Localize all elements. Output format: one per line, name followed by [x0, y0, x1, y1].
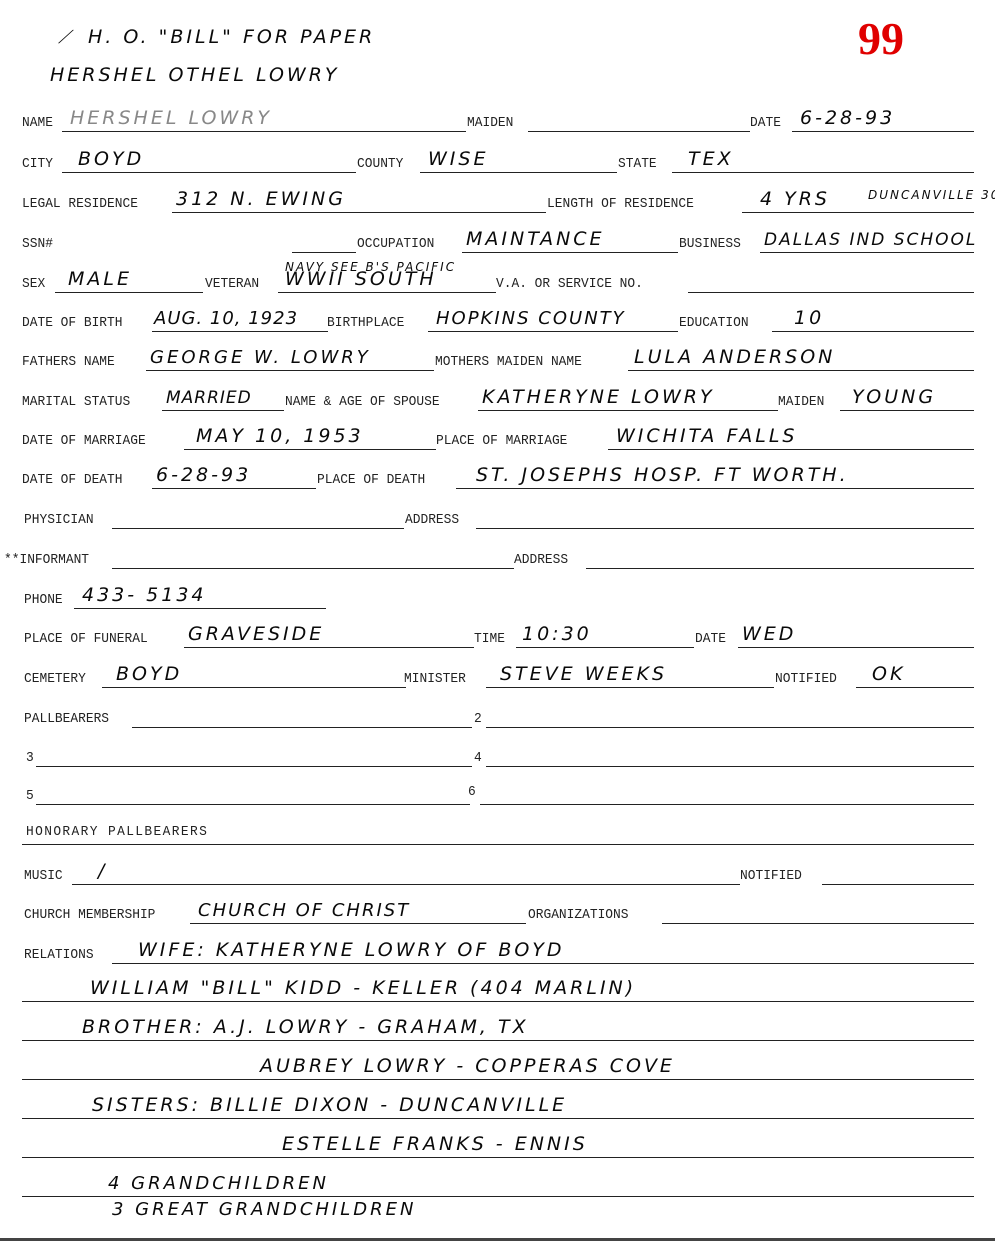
spouse-field[interactable]: KATHERYNE LOWRY	[482, 386, 715, 408]
county-field[interactable]: WISE	[428, 148, 488, 170]
fathers-name-field[interactable]: GEORGE W. LOWRY	[150, 347, 371, 368]
pallbearers-row-1: PALLBEARERS 2	[0, 701, 995, 731]
relations-line-8[interactable]: 3 GREAT GRANDCHILDREN	[112, 1199, 416, 1220]
physician-address-field[interactable]	[476, 528, 974, 529]
funeral-date-label: DATE	[695, 631, 726, 647]
pallbearer-6-field[interactable]	[480, 804, 974, 805]
physician-label: PHYSICIAN	[24, 512, 94, 528]
date-of-marriage-label: DATE OF MARRIAGE	[22, 433, 146, 449]
place-of-funeral-field[interactable]: GRAVESIDE	[188, 623, 324, 645]
length-of-residence-field[interactable]: 4 YRS	[760, 188, 830, 210]
honorary-pallbearers-row: HONORARY PALLBEARERS	[0, 818, 995, 848]
city-field[interactable]: BOYD	[78, 148, 144, 170]
birthplace-field[interactable]: HOPKINS COUNTY	[436, 308, 626, 329]
marital-row: MARITAL STATUS MARRIED NAME & AGE OF SPO…	[0, 384, 995, 414]
sex-label: SEX	[22, 276, 45, 292]
music-label: MUSIC	[24, 868, 63, 884]
relations-row-8: 3 GREAT GRANDCHILDREN	[0, 1196, 995, 1226]
veteran-label: VETERAN	[205, 276, 259, 292]
music-notified-field[interactable]	[822, 884, 974, 885]
date-line	[792, 131, 974, 132]
physician-address-label: ADDRESS	[405, 512, 459, 528]
checkmark-icon: ⟋	[58, 27, 74, 48]
pallbearers-row-2: 3 4	[0, 740, 995, 770]
funeral-row: PLACE OF FUNERAL GRAVESIDE TIME 10:30 DA…	[0, 621, 995, 651]
minister-field[interactable]: STEVE WEEKS	[500, 663, 667, 685]
funeral-information-form: 99 ⟋ H. O. "BILL" FOR PAPER HERSHEL OTHE…	[0, 0, 995, 1241]
physician-row: PHYSICIAN ADDRESS	[0, 502, 995, 532]
marriage-row: DATE OF MARRIAGE MAY 10, 1953 PLACE OF M…	[0, 423, 995, 453]
relations-line-6[interactable]: ESTELLE FRANKS - ENNIS	[282, 1133, 588, 1155]
state-field[interactable]: TEX	[688, 148, 734, 170]
pallbearer-2-label: 2	[474, 711, 482, 727]
relations-row-2: WILLIAM "BILL" KIDD - KELLER (404 MARLIN…	[0, 975, 995, 1005]
state-label: STATE	[618, 156, 657, 172]
notified-label: NOTIFIED	[775, 671, 837, 687]
church-membership-label: CHURCH MEMBERSHIP	[24, 907, 155, 923]
spouse-label: NAME & AGE OF SPOUSE	[285, 394, 440, 410]
pallbearer-6-label: 6	[468, 784, 476, 800]
relations-label: RELATIONS	[24, 947, 94, 963]
va-service-no-label: V.A. OR SERVICE NO.	[496, 276, 643, 292]
date-of-death-label: DATE OF DEATH	[22, 472, 122, 488]
length-of-residence-label: LENGTH OF RESIDENCE	[547, 196, 694, 212]
pallbearer-5-field[interactable]	[36, 804, 470, 805]
relations-row-5: SISTERS: BILLIE DIXON - DUNCANVILLE	[0, 1092, 995, 1122]
time-field[interactable]: 10:30	[522, 623, 592, 645]
marital-status-field[interactable]: MARRIED	[166, 388, 252, 408]
place-of-marriage-label: PLACE OF MARRIAGE	[436, 433, 567, 449]
death-row: DATE OF DEATH 6-28-93 PLACE OF DEATH ST.…	[0, 462, 995, 492]
legal-residence-field[interactable]: 312 N. EWING	[176, 188, 346, 210]
church-row: CHURCH MEMBERSHIP CHURCH OF CHRIST ORGAN…	[0, 897, 995, 927]
honorary-pallbearers-field[interactable]	[22, 844, 974, 845]
fathers-name-label: FATHERS NAME	[22, 354, 115, 370]
music-notified-label: NOTIFIED	[740, 868, 802, 884]
relations-line-1[interactable]: WIFE: KATHERYNE LOWRY OF BOYD	[138, 939, 565, 961]
music-row: MUSIC / NOTIFIED	[0, 858, 995, 888]
relations-line-4[interactable]: AUBREY LOWRY - COPPERAS COVE	[260, 1055, 675, 1077]
pallbearer-1-field[interactable]	[132, 727, 472, 728]
header-note-row-2: HERSHEL OTHEL LOWRY	[0, 60, 995, 90]
name-line	[62, 131, 466, 132]
minister-label: MINISTER	[404, 671, 466, 687]
cemetery-field[interactable]: BOYD	[116, 663, 182, 685]
ssn-row: SSN# OCCUPATION MAINTANCE BUSINESS DALLA…	[0, 226, 995, 256]
place-of-funeral-label: PLACE OF FUNERAL	[24, 631, 148, 647]
city-row: CITY BOYD COUNTY WISE STATE TEX	[0, 146, 995, 176]
organizations-field[interactable]	[662, 923, 974, 924]
church-membership-field[interactable]: CHURCH OF CHRIST	[198, 900, 410, 921]
mothers-maiden-name-field[interactable]: LULA ANDERSON	[634, 346, 835, 368]
birthplace-label: BIRTHPLACE	[327, 315, 404, 331]
business-field[interactable]: DALLAS IND SCHOOL	[764, 230, 977, 250]
education-label: EDUCATION	[679, 315, 749, 331]
sex-veteran-row: NAVY SEE B'S PACIFIC SEX MALE VETERAN WW…	[0, 266, 995, 296]
maiden-field[interactable]	[528, 131, 750, 132]
funeral-date-field[interactable]: WED	[742, 623, 796, 645]
header-note-1: H. O. "BILL" FOR PAPER	[88, 26, 375, 48]
cemetery-row: CEMETERY BOYD MINISTER STEVE WEEKS NOTIF…	[0, 661, 995, 691]
name-row: NAME HERSHEL LOWRY MAIDEN DATE 6-28-93	[0, 105, 995, 135]
parents-row: FATHERS NAME GEORGE W. LOWRY MOTHERS MAI…	[0, 344, 995, 374]
phone-label: PHONE	[24, 592, 63, 608]
date-of-death-field[interactable]: 6-28-93	[156, 464, 251, 486]
header-note-row-1: ⟋ H. O. "BILL" FOR PAPER	[0, 22, 995, 52]
education-field[interactable]: 10	[794, 307, 824, 329]
music-field[interactable]: /	[98, 860, 107, 882]
relations-row-3: BROTHER: A.J. LOWRY - GRAHAM, TX	[0, 1014, 995, 1044]
date-of-marriage-field[interactable]: MAY 10, 1953	[196, 425, 364, 447]
name-label: NAME	[22, 115, 53, 131]
phone-field[interactable]: 433- 5134	[82, 584, 207, 606]
informant-field[interactable]	[112, 568, 514, 569]
pallbearer-5-label: 5	[26, 788, 34, 804]
name-field[interactable]: HERSHEL LOWRY	[70, 107, 272, 129]
birth-row: DATE OF BIRTH AUG. 10, 1923 BIRTHPLACE H…	[0, 305, 995, 335]
legal-residence-row: LEGAL RESIDENCE 312 N. EWING LENGTH OF R…	[0, 186, 995, 216]
maiden-label: MAIDEN	[467, 115, 513, 131]
phone-row: PHONE 433- 5134	[0, 582, 995, 612]
date-of-birth-field[interactable]: AUG. 10, 1923	[154, 308, 298, 329]
relations-row-1: RELATIONS WIFE: KATHERYNE LOWRY OF BOYD	[0, 937, 995, 967]
informant-label: **INFORMANT	[4, 552, 89, 568]
relations-row-4: AUBREY LOWRY - COPPERAS COVE	[0, 1053, 995, 1083]
organizations-label: ORGANIZATIONS	[528, 907, 628, 923]
honorary-pallbearers-label: HONORARY PALLBEARERS	[26, 824, 208, 840]
pallbearers-row-3: 5 6	[0, 778, 995, 808]
business-label: BUSINESS	[679, 236, 741, 252]
spouse-maiden-field[interactable]: YOUNG	[852, 386, 936, 408]
date-of-birth-label: DATE OF BIRTH	[22, 315, 122, 331]
physician-field[interactable]	[112, 528, 404, 529]
occupation-field[interactable]: MAINTANCE	[466, 228, 605, 250]
occupation-label: OCCUPATION	[357, 236, 434, 252]
veteran-field[interactable]: WWII SOUTH	[285, 268, 437, 290]
date-label: DATE	[750, 115, 781, 131]
informant-address-field[interactable]	[586, 568, 974, 569]
spouse-maiden-label: MAIDEN	[778, 394, 824, 410]
header-note-2: HERSHEL OTHEL LOWRY	[50, 64, 340, 86]
va-service-no-field[interactable]	[688, 292, 974, 293]
place-of-death-field[interactable]: ST. JOSEPHS HOSP. FT WORTH.	[476, 464, 849, 486]
pallbearers-label: PALLBEARERS	[24, 711, 109, 727]
marital-status-label: MARITAL STATUS	[22, 394, 130, 410]
relations-line-3[interactable]: BROTHER: A.J. LOWRY - GRAHAM, TX	[82, 1016, 529, 1038]
pallbearer-4-field[interactable]	[486, 766, 974, 767]
length-of-residence-note: DUNCANVILLE 30 YRS	[868, 188, 995, 202]
legal-residence-label: LEGAL RESIDENCE	[22, 196, 138, 212]
notified-field[interactable]: OK	[872, 663, 905, 685]
relations-line-7[interactable]: 4 GRANDCHILDREN	[108, 1173, 329, 1194]
county-label: COUNTY	[357, 156, 403, 172]
pallbearer-3-label: 3	[26, 750, 34, 766]
informant-address-label: ADDRESS	[514, 552, 568, 568]
informant-row: **INFORMANT ADDRESS	[0, 542, 995, 572]
sex-field[interactable]: MALE	[68, 268, 132, 290]
city-label: CITY	[22, 156, 53, 172]
pallbearer-2-field[interactable]	[486, 727, 974, 728]
mothers-maiden-name-label: MOTHERS MAIDEN NAME	[435, 354, 582, 370]
relations-row-6: ESTELLE FRANKS - ENNIS	[0, 1131, 995, 1161]
place-of-marriage-field[interactable]: WICHITA FALLS	[616, 425, 798, 447]
pallbearer-4-label: 4	[474, 750, 482, 766]
place-of-death-label: PLACE OF DEATH	[317, 472, 425, 488]
relations-line-5[interactable]: SISTERS: BILLIE DIXON - DUNCANVILLE	[92, 1094, 567, 1116]
cemetery-label: CEMETERY	[24, 671, 86, 687]
date-field[interactable]: 6-28-93	[800, 107, 895, 129]
ssn-label: SSN#	[22, 236, 53, 252]
pallbearer-3-field[interactable]	[36, 766, 472, 767]
relations-line-2[interactable]: WILLIAM "BILL" KIDD - KELLER (404 MARLIN…	[90, 977, 636, 999]
time-label: TIME	[474, 631, 505, 647]
